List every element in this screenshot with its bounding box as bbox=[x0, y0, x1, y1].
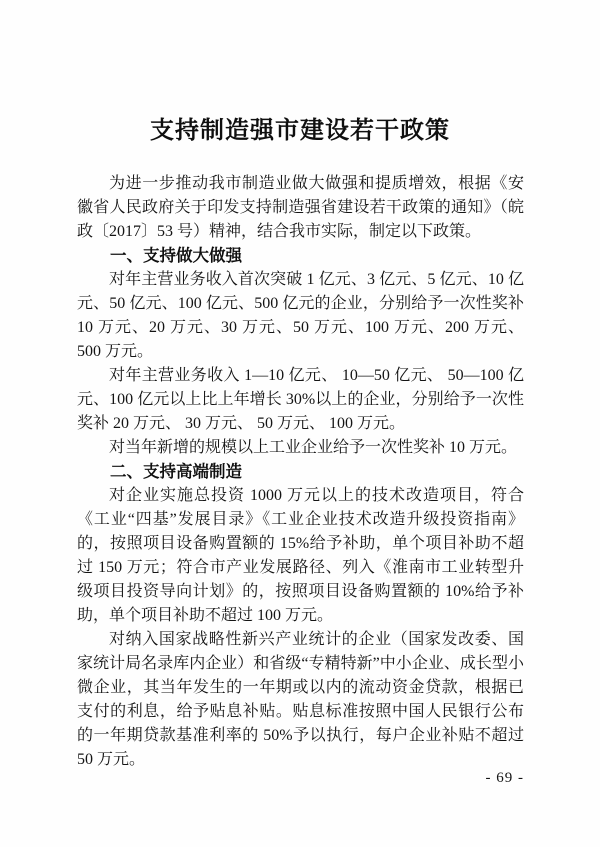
paragraph-loan-subsidy: 对纳入国家战略性新兴产业统计的企业（国家发改委、国家统计局名录库内企业）和省级“… bbox=[77, 628, 524, 772]
page-number: - 69 - bbox=[486, 768, 525, 788]
paragraph-revenue-growth: 对年主营业务收入 1—10 亿元、 10—50 亿元、 50—100 亿元、10… bbox=[77, 364, 524, 436]
document-body: 为进一步推动我市制造业做大做强和提质增效，根据《安徽省人民政府关于印发支持制造强… bbox=[77, 172, 524, 772]
section-heading-2: 二、支持高端制造 bbox=[77, 460, 524, 484]
document-page: 支持制造强市建设若干政策 为进一步推动我市制造业做大做强和提质增效，根据《安徽省… bbox=[0, 0, 600, 847]
paragraph-revenue-breakthrough: 对年主营业务收入首次突破 1 亿元、3 亿元、5 亿元、10 亿元、50 亿元、… bbox=[77, 268, 524, 364]
paragraph-intro: 为进一步推动我市制造业做大做强和提质增效，根据《安徽省人民政府关于印发支持制造强… bbox=[77, 172, 524, 244]
paragraph-tech-upgrade: 对企业实施总投资 1000 万元以上的技术改造项目，符合《工业“四基”发展目录》… bbox=[77, 484, 524, 628]
section-heading-1: 一、支持做大做强 bbox=[77, 244, 524, 268]
document-title: 支持制造强市建设若干政策 bbox=[0, 114, 600, 148]
paragraph-new-enterprises: 对当年新增的规模以上工业企业给予一次性奖补 10 万元。 bbox=[77, 436, 524, 460]
